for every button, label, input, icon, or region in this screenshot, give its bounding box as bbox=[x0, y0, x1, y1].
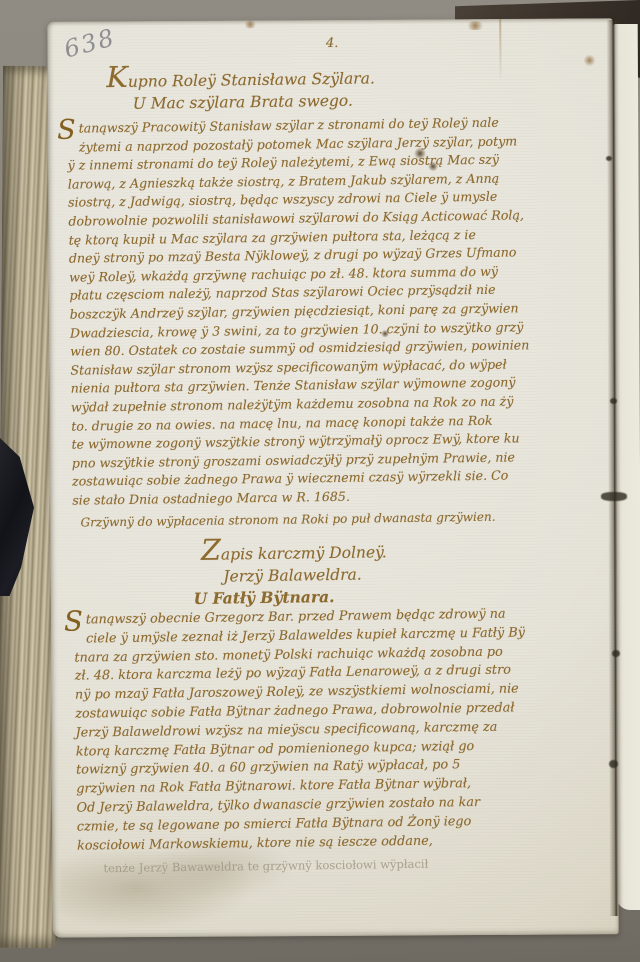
gutter-speck bbox=[609, 760, 618, 768]
pencil-folio-number: 638 bbox=[61, 23, 118, 63]
record1-body: Stanąwszÿ Pracowitÿ Stanisław szÿlar z s… bbox=[67, 112, 606, 510]
record1-title: Kupno Roleÿ Stanisława Szÿlara. U Mac sz… bbox=[47, 62, 611, 116]
record2-body: Stanąwszÿ obecnie Grzegorz Bar. przed Pr… bbox=[74, 604, 611, 856]
gutter-speck bbox=[612, 650, 620, 657]
faint-addendum-line: tenże Jerzÿ Bawaweldra te grzÿwnÿ koscio… bbox=[103, 857, 428, 876]
record1-note-line: Grzÿwnÿ do wÿpłacenia stronom na Roki po… bbox=[80, 510, 495, 530]
handwritten-text-layer: 638 4. Kupno Roleÿ Stanisława Szÿlara. U… bbox=[47, 18, 619, 937]
quire-mark: 4. bbox=[326, 36, 339, 51]
manuscript-page: 638 4. Kupno Roleÿ Stanisława Szÿlara. U… bbox=[47, 18, 619, 937]
record2-title: Zapis karczmÿ Dolneÿ. Jerzÿ Balaweldra. … bbox=[51, 536, 618, 612]
gutter-blot bbox=[601, 492, 627, 501]
photograph-background: 638 4. Kupno Roleÿ Stanisława Szÿlara. U… bbox=[0, 0, 640, 962]
gutter-speck bbox=[606, 156, 612, 161]
gutter-speck bbox=[610, 398, 617, 404]
